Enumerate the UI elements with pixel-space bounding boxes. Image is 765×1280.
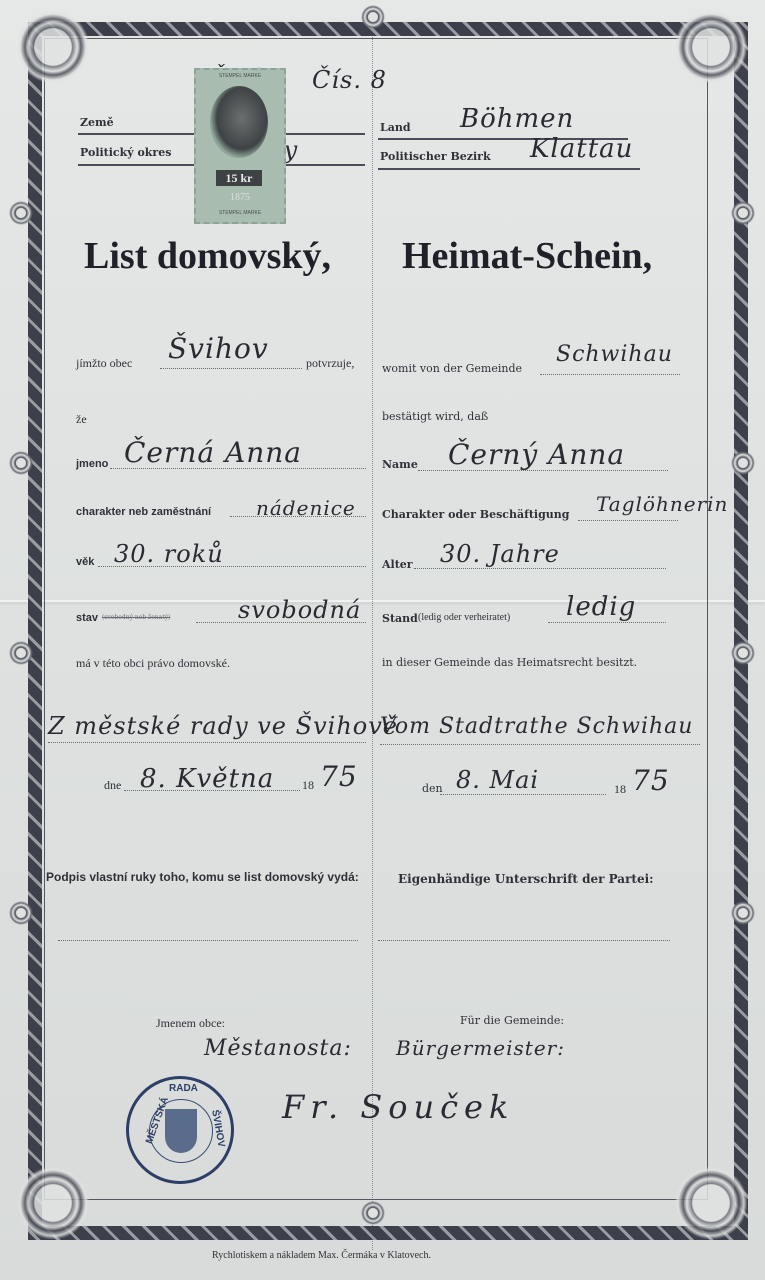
coat-of-arms-icon: [165, 1109, 197, 1153]
name-value: Černý Anna: [448, 438, 625, 471]
revenue-stamp: STEMPEL MARKE 15 kr 1875 STEMPEL MARKE: [194, 68, 286, 224]
stav-value: svobodná: [238, 596, 361, 624]
potvrzuje-label: potvrzuje,: [306, 356, 354, 371]
charakter-de-line: [578, 520, 678, 521]
stamp-bottom-text: STEMPEL MARKE: [196, 210, 284, 216]
alter-value: 30. Jahre: [440, 540, 560, 568]
land-label: Land: [380, 121, 411, 134]
bezirk-value: Klattau: [530, 134, 633, 164]
side-ornament-icon: [8, 640, 34, 666]
jmeno-value: Černá Anna: [124, 436, 302, 469]
signature-label-czech: Podpis vlastní ruky toho, komu se list d…: [46, 870, 359, 884]
stav-hint: (svobodný neb ženatý): [102, 614, 170, 621]
dne-label: dne: [104, 778, 121, 793]
date-czech: 8. Května: [140, 764, 274, 794]
side-ornament-icon: [730, 900, 756, 926]
municipal-seal: MĚSTSKÁ RADA ŠVIHOV: [126, 1076, 234, 1184]
seal-text-right: ŠVIHOV: [209, 1109, 226, 1148]
stamp-top-text: STEMPEL MARKE: [196, 73, 284, 79]
land-value: Böhmen: [460, 104, 574, 134]
date-german: 8. Mai: [456, 766, 539, 794]
fur-gemeinde-label: Für die Gemeinde:: [460, 1014, 564, 1027]
corner-ornament-icon: [668, 4, 754, 90]
side-ornament-icon: [8, 450, 34, 476]
alter-label: Alter: [382, 558, 413, 571]
corner-ornament-icon: [10, 4, 96, 90]
signature-line-german: [378, 940, 670, 941]
issuer-german: Vom Stadtrathe Schwihau: [380, 714, 693, 739]
stand-line: [548, 622, 666, 623]
title-german: Heimat-Schein,: [402, 234, 652, 278]
side-ornament-icon: [8, 200, 34, 226]
zeme-label: Země: [80, 116, 114, 129]
jmeno-label: jmeno: [76, 458, 108, 470]
stand-value: ledig: [566, 592, 636, 622]
side-ornament-icon: [8, 900, 34, 926]
top-ornament-icon: [360, 4, 386, 30]
emperor-portrait-icon: [210, 86, 268, 158]
year-prefix-german: 18: [614, 782, 626, 797]
year-prefix-czech: 18: [302, 778, 314, 793]
office-czech: Městanosta:: [204, 1036, 352, 1061]
corner-ornament-icon: [668, 1160, 754, 1246]
name-label: Name: [382, 458, 418, 471]
year-suffix-czech: 75: [320, 760, 358, 793]
vek-label: věk: [76, 556, 94, 568]
pravo-text: má v této obci právo domovské.: [76, 656, 230, 671]
document-number: Čís. 8: [312, 66, 387, 94]
bottom-ornament-icon: [360, 1200, 386, 1226]
signature-line-czech: [58, 940, 358, 941]
side-ornament-icon: [730, 200, 756, 226]
document-page: Země Politický okres Čechy Klatovy Čís. …: [0, 0, 765, 1280]
date-german-line: [440, 794, 606, 795]
charakter-de-label: Charakter oder Beschäftigung: [382, 508, 569, 521]
corner-ornament-icon: [10, 1160, 96, 1246]
gemeinde-line: [540, 374, 680, 375]
stav-label: stav: [76, 612, 98, 624]
gemeinde-value: Schwihau: [556, 342, 673, 367]
stand-hint: (ledig oder verheiratet): [418, 612, 510, 623]
mayor-signature: Fr. Souček: [282, 1088, 514, 1126]
charakter-de-value: Taglöhnerin: [596, 492, 728, 516]
signature-label-german: Eigenhändige Unterschrift der Partei:: [398, 872, 654, 886]
title-czech: List domovský,: [84, 234, 331, 278]
side-ornament-icon: [730, 450, 756, 476]
charakter-label: charakter neb zaměstnání: [76, 506, 211, 518]
printer-imprint: Rychlotiskem a nákladem Max. Čermáka v K…: [212, 1250, 431, 1261]
obec-label: jímžto obec: [76, 356, 132, 371]
obec-line: [160, 368, 302, 369]
bezirk-line: [378, 168, 640, 170]
issuer-czech-line: [48, 742, 366, 743]
ze-label: že: [76, 412, 87, 427]
side-ornament-icon: [730, 640, 756, 666]
charakter-value: nádenice: [256, 496, 356, 520]
issuer-czech: Z městské rady ve Švihově: [48, 712, 398, 740]
issuer-german-line: [380, 744, 700, 745]
bestatigt-label: bestätigt wird, daß: [382, 410, 488, 423]
year-suffix-german: 75: [632, 764, 670, 797]
jmenem-obce-label: Jmenem obce:: [156, 1016, 225, 1031]
stamp-value: 15 kr: [216, 170, 262, 186]
heimat-text: in dieser Gemeinde das Heimatsrecht besi…: [382, 656, 637, 669]
office-german: Bürgermeister:: [396, 1036, 565, 1060]
seal-text-top: RADA: [169, 1083, 198, 1094]
bezirk-label: Politischer Bezirk: [380, 150, 491, 163]
alter-line: [414, 568, 666, 569]
gemeinde-label: womit von der Gemeinde: [382, 362, 522, 375]
obec-value: Švihov: [168, 332, 269, 365]
vek-value: 30. roků: [114, 540, 224, 568]
okres-label: Politický okres: [80, 146, 171, 159]
stamp-year: 1875: [196, 192, 284, 203]
stand-label: Stand: [382, 612, 418, 625]
